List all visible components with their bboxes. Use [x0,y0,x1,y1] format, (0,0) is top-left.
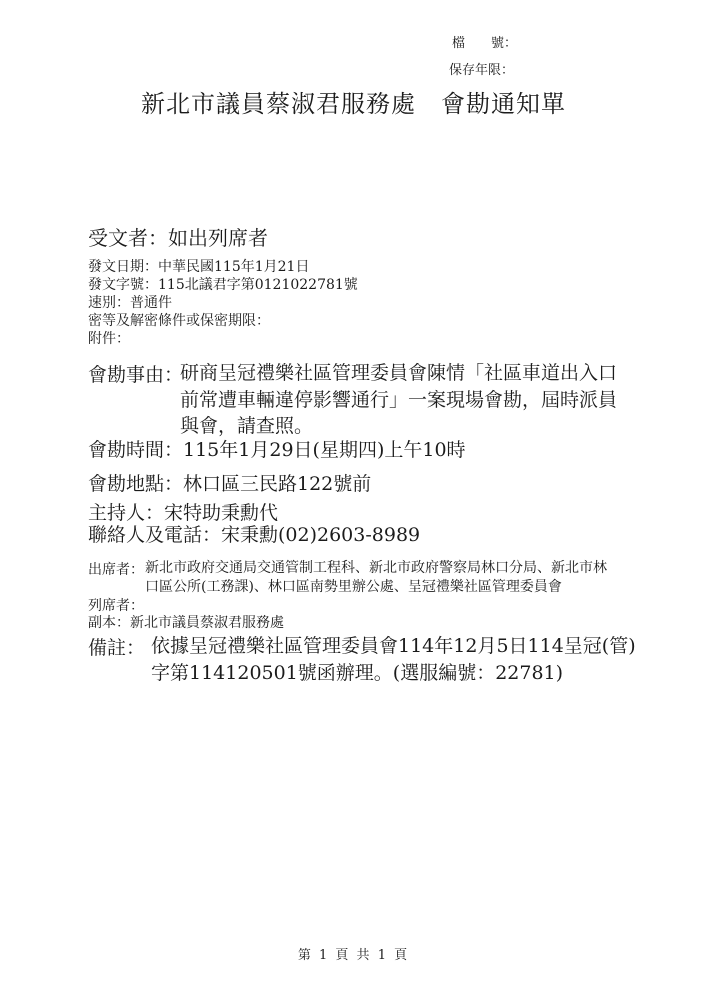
remarks-line: 依據呈冠禮樂社區管理委員會114年12月5日114呈冠(管) [151,633,636,660]
issue-date-line: 發文日期：中華民國115年1月21日 [88,258,358,276]
remarks-block: 備註： 依據呈冠禮樂社區管理委員會114年12月5日114呈冠(管) 字第114… [88,633,636,687]
attendees-line: 口區公所(工務課)、林口區南勢里辦公處、呈冠禮樂社區管理委員會 [145,578,607,597]
document-title: 新北市議員蔡淑君服務處 會勘通知單 [0,84,707,119]
document-meta-block: 發文日期：中華民國115年1月21日 發文字號：115北議君字第01210227… [88,258,358,348]
doc-number-line: 發文字號：115北議君字第0121022781號 [88,276,358,294]
speed-line: 速別：普通件 [88,294,358,312]
inspection-location-line: 會勘地點：林口區三民路122號前 [88,469,371,496]
meeting-notice-document: 檔 號： 保存年限： 新北市議員蔡淑君服務處 會勘通知單 受文者：如出列席者 發… [0,0,707,1000]
recipient-label: 受文者： [88,226,168,250]
recipient-value: 如出列席者 [168,226,268,250]
inspection-subject-block: 會勘事由： 研商呈冠禮樂社區管理委員會陳情「社區車道出入口 前常遭車輛違停影響通… [88,360,617,440]
recipient-line: 受文者：如出列席者 [88,222,268,251]
file-number-label: 檔 號： [452,37,517,50]
remarks-line: 字第114120501號函辦理。(選服編號：22781) [151,660,636,687]
attachment-line: 附件： [88,330,358,348]
page-number-footer: 第 1 頁 共 1 頁 [0,944,707,963]
copy-to-line: 副本：新北市議員蔡淑君服務處 [88,612,284,632]
contact-phone-line: 聯絡人及電話：宋秉勳(02)2603-8989 [88,520,420,547]
inspection-time-line: 會勘時間：115年1月29日(星期四)上午10時 [88,435,466,462]
attendees-line: 新北市政府交通局交通管制工程科、新北市政府警察局林口分局、新北市林 [145,559,607,578]
security-line: 密等及解密條件或保密期限： [88,312,358,330]
attendees-block: 出席者： 新北市政府交通局交通管制工程科、新北市政府警察局林口分局、新北市林 口… [88,559,607,596]
subject-line: 研商呈冠禮樂社區管理委員會陳情「社區車道出入口 [180,360,617,387]
subject-label: 會勘事由： [88,360,183,387]
remarks-label: 備註： [88,633,145,660]
retention-period-label: 保存年限： [449,64,514,77]
attendees-label: 出席者： [88,559,144,579]
subject-line: 前常遭車輛違停影響通行」一案現場會勘，屆時派員 [180,387,617,414]
